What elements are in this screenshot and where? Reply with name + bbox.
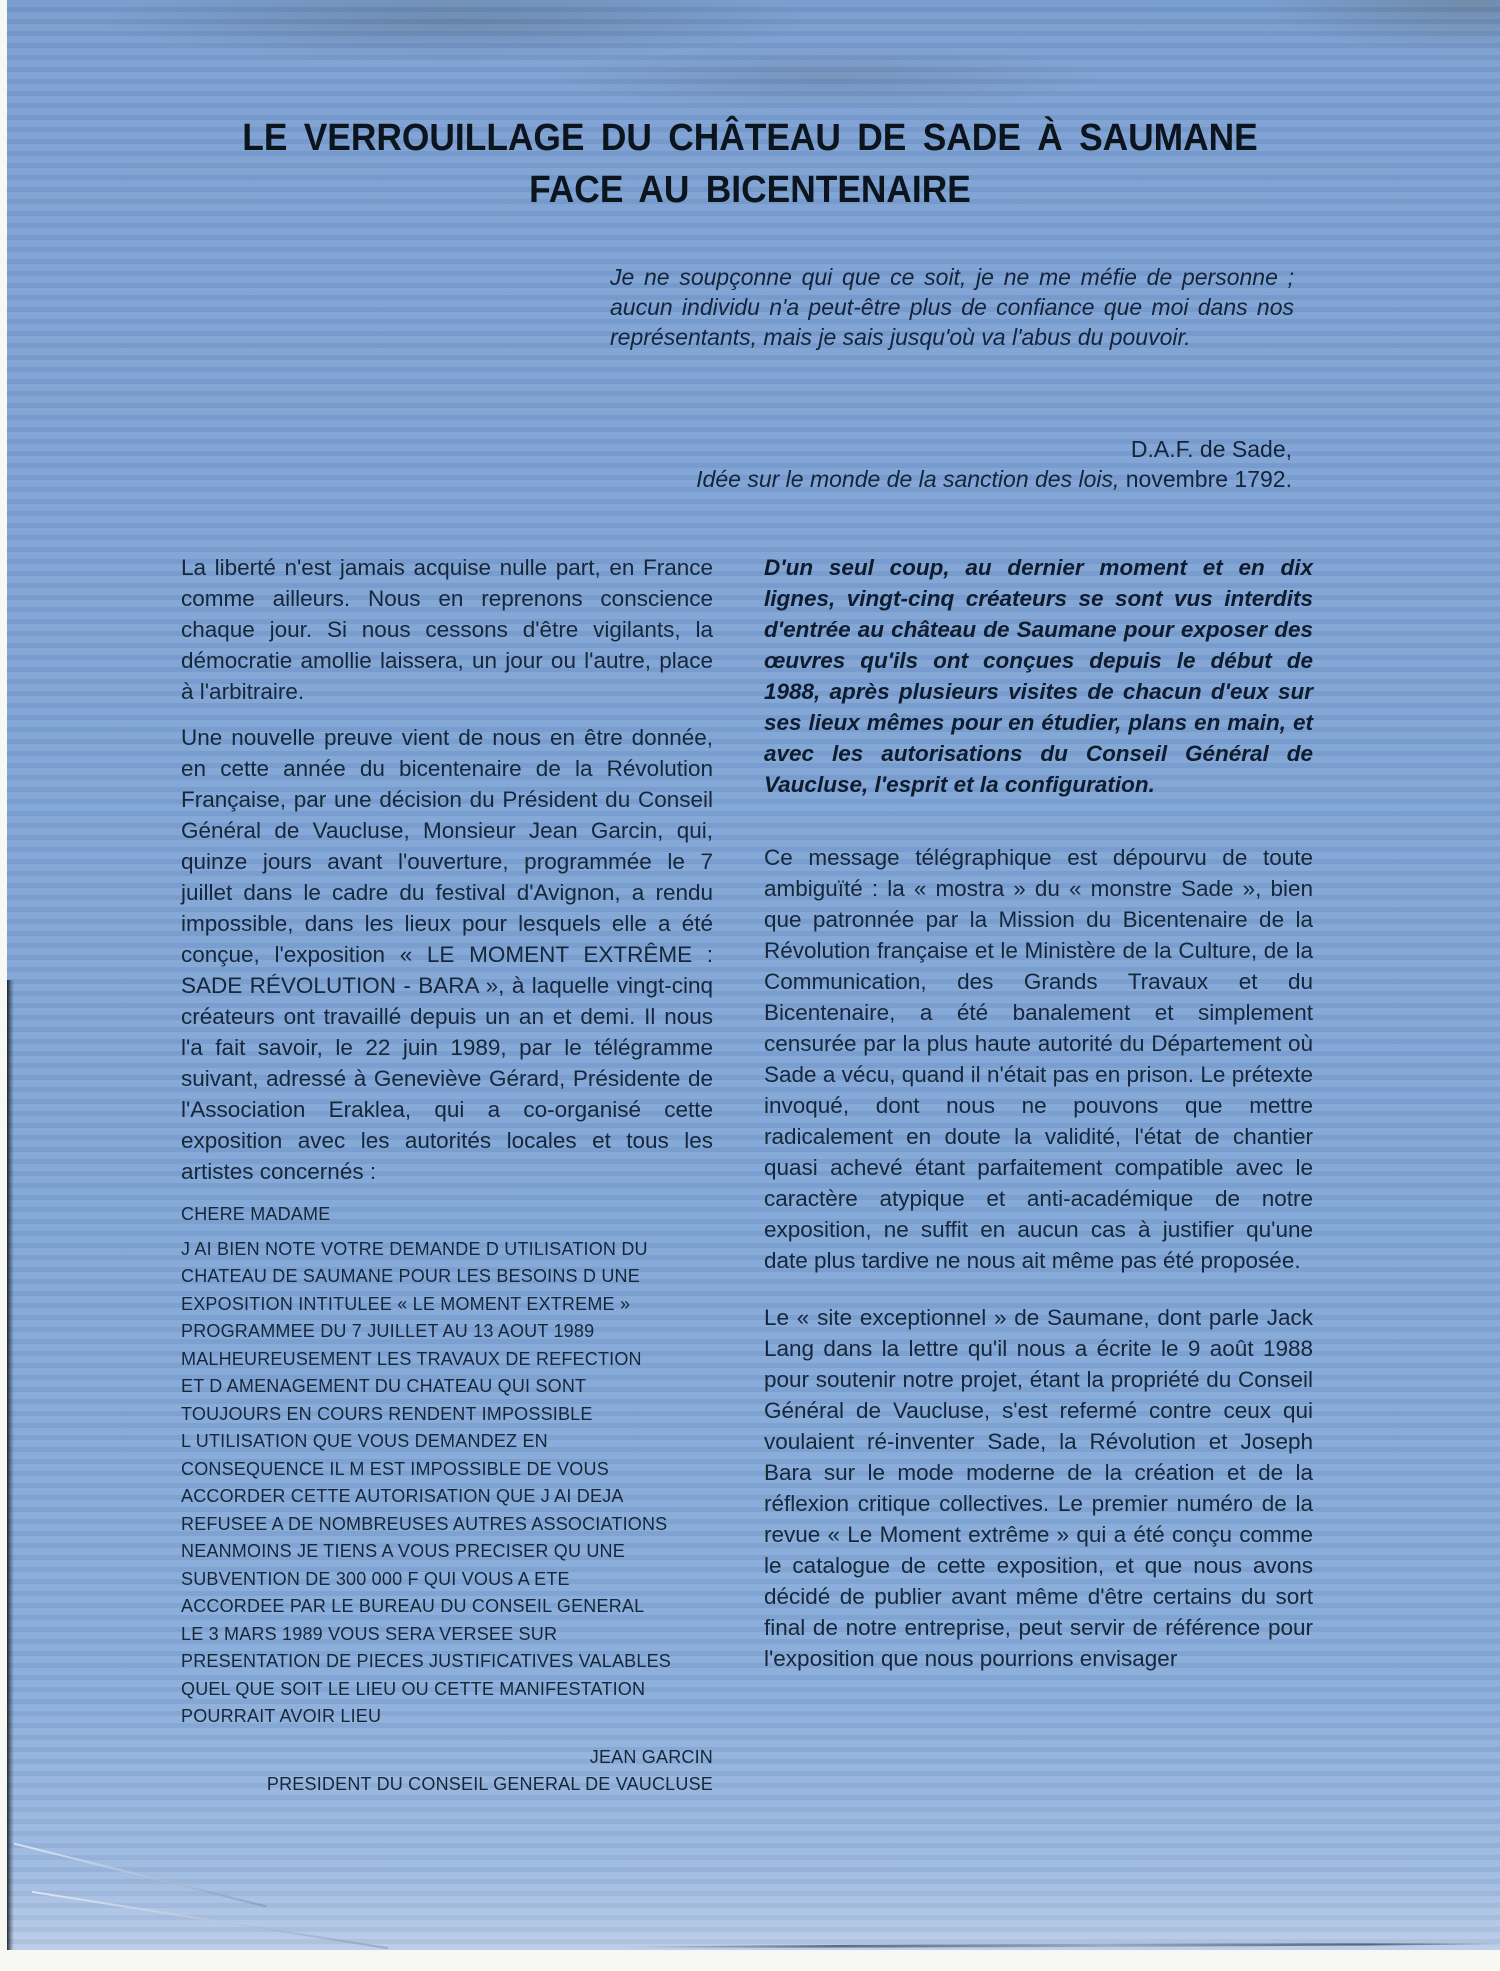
telegram-block: CHERE MADAME J AI BIEN NOTE VOTRE DEMAND…	[181, 1201, 713, 1799]
page-title: LE VERROUILLAGE DU CHÂTEAU DE SADE À SAU…	[136, 112, 1364, 216]
right-column: D'un seul coup, au dernier moment et en …	[764, 552, 1313, 1674]
attribution-work-title: Idée sur le monde de la sanction des loi…	[696, 466, 1119, 492]
page-title-line1: LE VERROUILLAGE DU CHÂTEAU DE SADE À SAU…	[242, 117, 1258, 159]
attribution-date: novembre 1792.	[1119, 466, 1292, 492]
telegram-signature: JEAN GARCIN PRESIDENT DU CONSEIL GENERAL…	[181, 1744, 713, 1799]
body-paragraph: Une nouvelle preuve vient de nous en êtr…	[181, 722, 713, 1187]
scanned-document-page: { "colors": { "paper_blue": "#7da2d4", "…	[0, 0, 1500, 1971]
body-paragraph: La liberté n'est jamais acquise nulle pa…	[181, 552, 713, 707]
lead-paragraph: D'un seul coup, au dernier moment et en …	[764, 552, 1313, 800]
left-column: La liberté n'est jamais acquise nulle pa…	[181, 552, 713, 1799]
signature-name: JEAN GARCIN	[181, 1744, 713, 1772]
page-title-line2: FACE AU BICENTENAIRE	[529, 169, 971, 211]
paper-left-edge-shadow	[7, 980, 14, 1950]
telegram-salutation: CHERE MADAME	[181, 1201, 713, 1229]
epigraph-quote: Je ne soupçonne qui que ce soit, je ne m…	[610, 262, 1294, 352]
attribution-author: D.A.F. de Sade,	[1131, 436, 1292, 462]
epigraph-attribution: D.A.F. de Sade, Idée sur le monde de la …	[572, 434, 1292, 494]
signature-title: PRESIDENT DU CONSEIL GENERAL DE VAUCLUSE	[181, 1771, 713, 1799]
body-paragraph: Le « site exceptionnel » de Saumane, don…	[764, 1302, 1313, 1674]
telegram-body: J AI BIEN NOTE VOTRE DEMANDE D UTILISATI…	[181, 1236, 713, 1731]
body-paragraph: Ce message télégraphique est dépourvu de…	[764, 842, 1313, 1276]
